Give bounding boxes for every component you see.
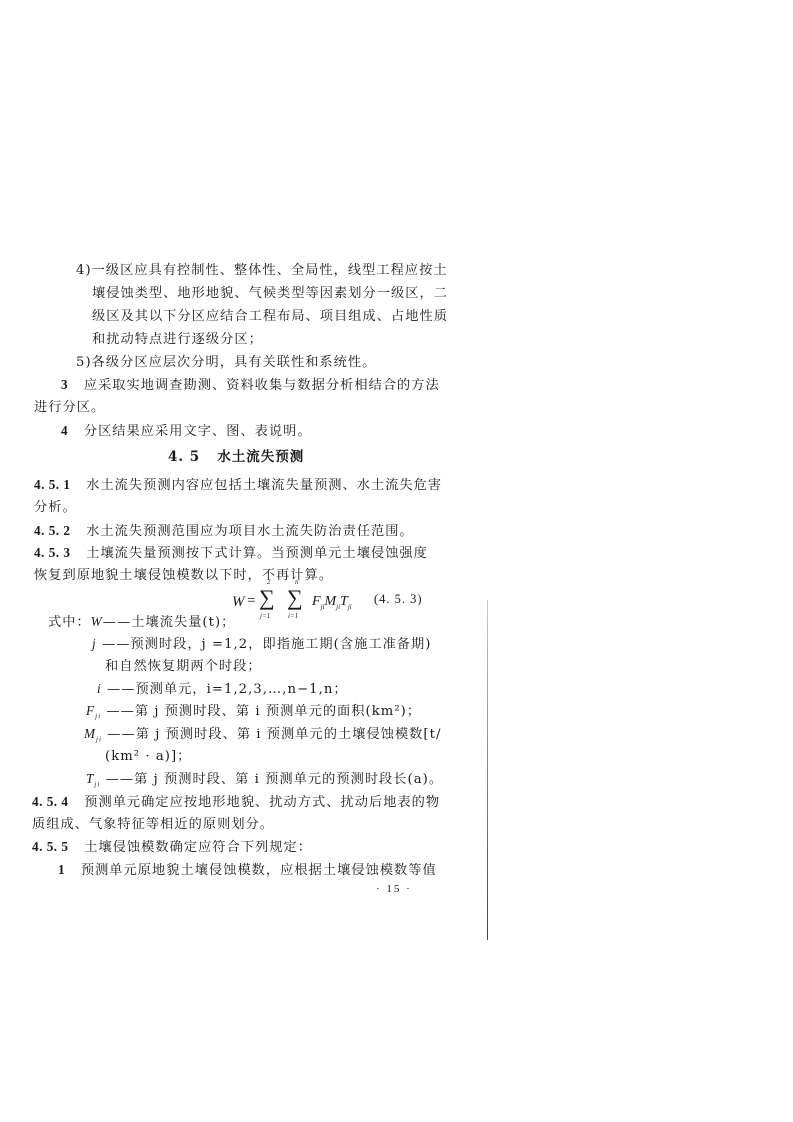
list-item-4-line-3: 级区及其以下分区应结合工程布局、项目组成、占地性质 xyxy=(92,309,448,325)
symbol-M: M xyxy=(84,726,96,741)
where-M-line-2: (km² · a)]； xyxy=(105,749,191,765)
item-3-number: 3 xyxy=(61,377,68,392)
sum-2-lower: i=1 xyxy=(288,612,298,620)
item-3-line-2: 进行分区。 xyxy=(34,400,105,416)
desc-i: ——预测单元，i=1,2,3,…,n−1,n； xyxy=(107,682,348,697)
list-item-5: 5)各级分区应层次分明，具有关联性和系统性。 xyxy=(76,355,376,371)
section-number: 4. 5 xyxy=(168,449,200,465)
desc-M: ——第 j 预测时段、第 i 预测单元的土壤侵蚀模数[t/ xyxy=(107,727,441,742)
clause-4-5-3-line-1: 4. 5. 3 土壤流失量预测按下式计算。当预测单元土壤侵蚀强度 xyxy=(34,545,428,562)
subscript-M: ji xyxy=(96,736,102,744)
clause-4-5-5-number: 4. 5. 5 xyxy=(32,839,68,854)
subscript-F: ji xyxy=(95,713,101,721)
sum-1-lower: j=1 xyxy=(260,612,270,620)
clause-4-5-5: 4. 5. 5 土壤侵蚀模数确定应符合下列规定： xyxy=(32,839,312,856)
clause-4-5-5-text: 土壤侵蚀模数确定应符合下列规定： xyxy=(84,840,312,855)
clause-4-5-2-text: 水土流失预测范围应为项目水土流失防治责任范围。 xyxy=(86,524,413,539)
section-title: 水土流失预测 xyxy=(217,449,304,465)
clause-4-5-4-number: 4. 5. 4 xyxy=(32,794,68,809)
symbol-i: i xyxy=(97,681,102,696)
where-M: Mji ——第 j 预测时段、第 i 预测单元的土壤侵蚀模数[t/ xyxy=(84,726,441,748)
item-4-number: 4 xyxy=(61,423,68,438)
where-W: 式中：W——土壤流失量(t)； xyxy=(48,614,235,631)
clause-4-5-3-text: 土壤流失量预测按下式计算。当预测单元土壤侵蚀强度 xyxy=(86,546,428,561)
list-item-4-line-1: 4)一级区应具有控制性、整体性、全局性，线型工程应按土 xyxy=(76,263,448,279)
item-4-line-1: 4 分区结果应采用文字、图、表说明。 xyxy=(61,423,312,440)
formula-term: FjiMjiTji xyxy=(312,594,352,611)
where-i: i ——预测单元，i=1,2,3,…,n−1,n； xyxy=(97,681,348,698)
where-j-line-2: 和自然恢复期两个时段； xyxy=(105,659,262,675)
clause-4-5-5-item-1-number: 1 xyxy=(58,862,65,877)
desc-W: ——土壤流失量(t)； xyxy=(103,615,236,630)
clause-4-5-4-text: 预测单元确定应按地形地貌、扰动方式、扰动后地表的物 xyxy=(84,795,440,810)
sum-1-sigma: ∑ xyxy=(259,585,275,611)
list-item-4-line-4: 和扰动特点进行逐级分区； xyxy=(92,332,263,348)
clause-4-5-1-text: 水土流失预测内容应包括土壤流失量预测、水土流失危害 xyxy=(86,478,442,493)
formula-equals: = xyxy=(247,593,255,610)
equation-number: (4. 5. 3) xyxy=(374,592,423,607)
subscript-T: ji xyxy=(94,781,100,789)
clause-4-5-1-line-2: 分析。 xyxy=(34,500,77,516)
where-T: Tji ——第 j 预测时段、第 i 预测单元的预测时段长(a)。 xyxy=(86,771,443,793)
clause-4-5-3-number: 4. 5. 3 xyxy=(34,545,70,560)
desc-j: ——预测时段，j =1,2，即指施工期(含施工准备期) xyxy=(102,637,432,652)
page-number: · 15 · xyxy=(376,883,412,895)
item-3-line-1: 3 应采取实地调查勘测、资料收集与数据分析相结合的方法 xyxy=(61,377,440,394)
clause-4-5-1-line-1: 4. 5. 1 水土流失预测内容应包括土壤流失量预测、水土流失危害 xyxy=(34,477,442,494)
scan-edge-line xyxy=(487,600,488,940)
section-heading: 4. 5 水土流失预测 xyxy=(168,445,304,465)
item-4-text: 分区结果应采用文字、图、表说明。 xyxy=(84,424,312,439)
symbol-j: j xyxy=(92,636,97,651)
clause-4-5-4-line-2: 质组成、气象特征等相近的原则划分。 xyxy=(32,817,274,833)
formula-4-5-3: W = 2 ∑ j=1 n ∑ i=1 FjiMjiTji xyxy=(232,580,412,636)
desc-T: ——第 j 预测时段、第 i 预测单元的预测时段长(a)。 xyxy=(106,772,443,787)
clause-4-5-2: 4. 5. 2 水土流失预测范围应为项目水土流失防治责任范围。 xyxy=(34,523,414,540)
list-item-4-line-2: 壤侵蚀类型、地形地貌、气候类型等因素划分一级区，二 xyxy=(92,286,448,302)
where-j: j ——预测时段，j =1,2，即指施工期(含施工准备期) xyxy=(92,636,431,653)
clause-4-5-1-number: 4. 5. 1 xyxy=(34,477,70,492)
formula-lhs: W xyxy=(232,594,245,611)
where-F: Fji ——第 j 预测时段、第 i 预测单元的面积(km²)； xyxy=(86,703,421,725)
clause-4-5-5-item-1: 1 预测单元原地貌土壤侵蚀模数，应根据土壤侵蚀模数等值 xyxy=(58,862,437,879)
clause-4-5-2-number: 4. 5. 2 xyxy=(34,523,70,538)
item-3-text: 应采取实地调查勘测、资料收集与数据分析相结合的方法 xyxy=(84,378,440,393)
where-intro: 式中： xyxy=(48,615,91,630)
desc-F: ——第 j 预测时段、第 i 预测单元的面积(km²)； xyxy=(106,704,421,719)
symbol-F: F xyxy=(86,703,95,718)
clause-4-5-4-line-1: 4. 5. 4 预测单元确定应按地形地貌、扰动方式、扰动后地表的物 xyxy=(32,794,440,811)
sum-2-sigma: ∑ xyxy=(287,585,303,611)
clause-4-5-5-item-1-text: 预测单元原地貌土壤侵蚀模数，应根据土壤侵蚀模数等值 xyxy=(81,863,437,878)
symbol-W: W xyxy=(91,614,103,629)
